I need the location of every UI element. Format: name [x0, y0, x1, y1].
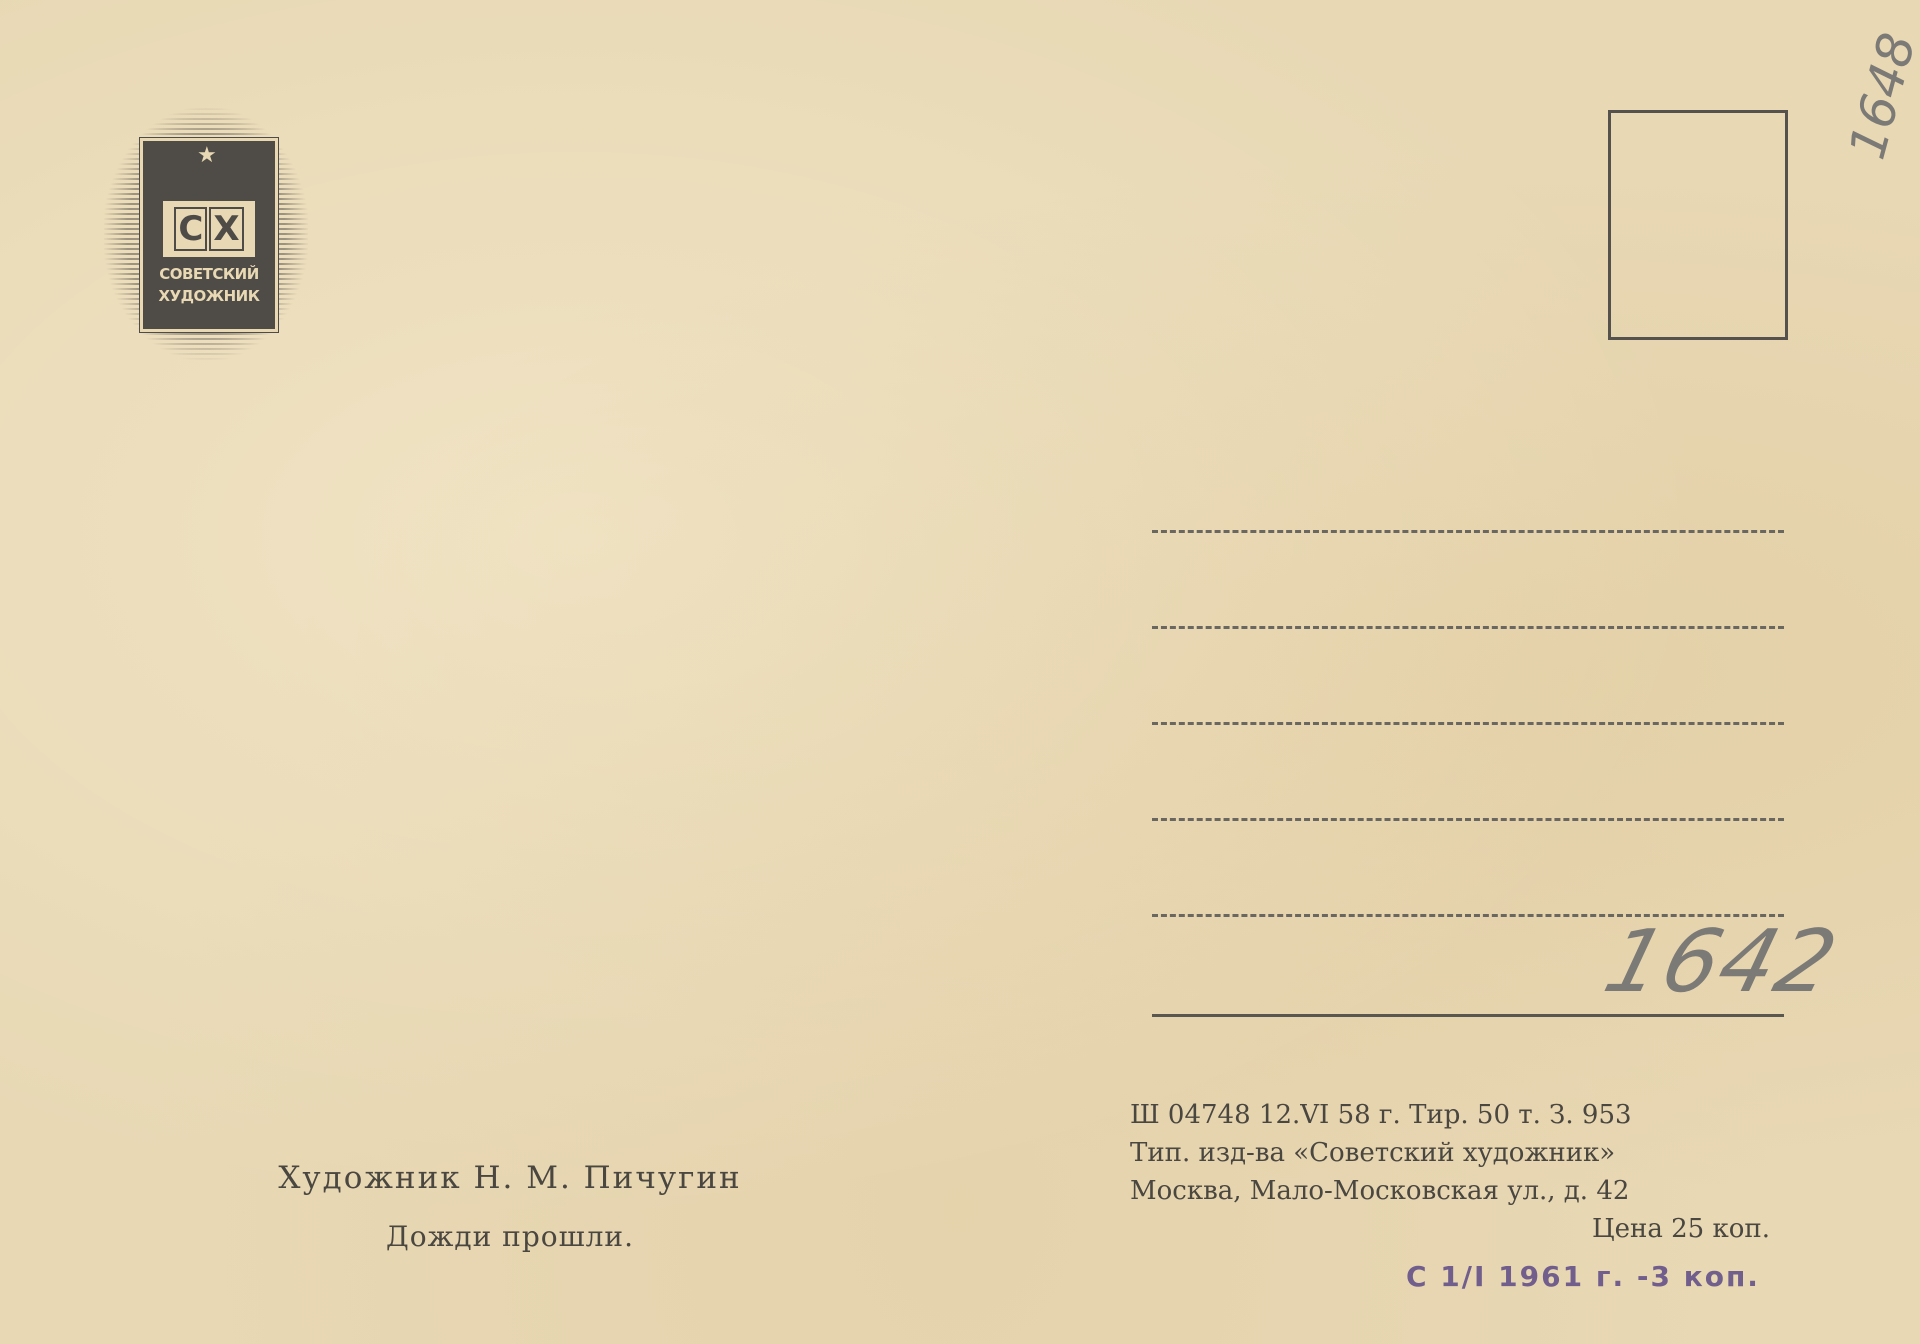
imprint-line-1: Ш 04748 12.VI 58 г. Тир. 50 т. З. 953	[1120, 1096, 1770, 1134]
logo-emblem: ★ С Х СОВЕТСКИЙ ХУДОЖНИК	[140, 138, 278, 332]
logo-line-2: ХУДОЖНИК	[143, 287, 275, 305]
imprint-line-2: Тип. изд-ва «Советский художник»	[1120, 1134, 1770, 1172]
logo-line-1: СОВЕТСКИЙ	[143, 265, 275, 283]
monogram-right: Х	[209, 207, 243, 251]
address-line-1	[1152, 530, 1784, 533]
monogram-left: С	[174, 207, 207, 251]
book-icon: С Х	[163, 201, 255, 257]
price: Цена 25 коп.	[1120, 1210, 1770, 1248]
imprint-line-3: Москва, Мало-Московская ул., д. 42	[1120, 1172, 1770, 1210]
artwork-title: Дожди прошли.	[200, 1220, 820, 1253]
address-line-4	[1152, 818, 1784, 821]
address-line-2	[1152, 626, 1784, 629]
stamp-box	[1608, 110, 1788, 340]
star-icon: ★	[197, 145, 217, 167]
handwritten-number-address: 1642	[1595, 912, 1849, 1012]
address-line-3	[1152, 722, 1784, 725]
address-line-6	[1152, 1014, 1784, 1017]
publisher-logo: ★ С Х СОВЕТСКИЙ ХУДОЖНИК	[104, 108, 308, 360]
price-revaluation-stamp: С 1/I 1961 г. -3 коп.	[1406, 1260, 1760, 1293]
printer-imprint: Ш 04748 12.VI 58 г. Тир. 50 т. З. 953 Ти…	[1120, 1096, 1770, 1248]
artist-name: Художник Н. М. Пичугин	[200, 1160, 820, 1196]
